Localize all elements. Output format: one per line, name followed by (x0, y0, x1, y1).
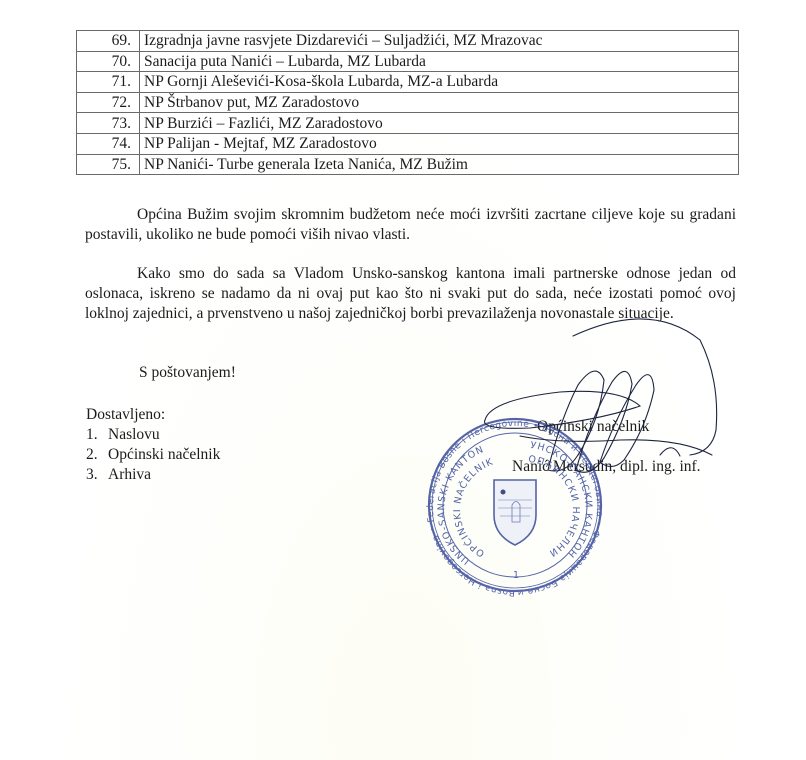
delivered-item-label: Arhiva (108, 466, 151, 483)
paragraph-budget: Općina Bužim svojim skromnim budžetom ne… (85, 205, 736, 245)
table-row: 72.NP Štrbanov put, MZ Zaradostovo (77, 92, 739, 113)
signatory-title: Općinski načelnik (537, 418, 649, 436)
row-project: NP Burzići – Fazlići, MZ Zaradostovo (140, 113, 739, 134)
delivered-to-section: Dostavljeno: 1.Naslovu 2.Općinski načeln… (86, 405, 220, 485)
row-number: 74. (77, 133, 140, 154)
table-row: 73.NP Burzići – Fazlići, MZ Zaradostovo (77, 113, 739, 134)
signatory-name: Nanić Mersudin, dipl. ing. inf. (512, 458, 701, 476)
delivered-item-number: 1. (86, 425, 108, 445)
row-project: NP Palijan - Mejtaf, MZ Zaradostovo (140, 133, 739, 154)
row-project: NP Nanići- Turbe generala Izeta Nanića, … (140, 154, 739, 175)
paragraph-partnership: Kako smo do sada sa Vladom Unsko-sanskog… (85, 264, 736, 324)
delivered-item: 1.Naslovu (86, 425, 220, 445)
delivered-item-number: 2. (86, 445, 108, 465)
delivered-item-label: Naslovu (108, 426, 160, 443)
table-row: 74.NP Palijan - Mejtaf, MZ Zaradostovo (77, 133, 739, 154)
row-project: NP Štrbanov put, MZ Zaradostovo (140, 92, 739, 113)
projects-table: 69.Izgradnja javne rasvjete Dizdarevići … (76, 30, 739, 175)
row-number: 72. (77, 92, 140, 113)
delivered-item-label: Općinski načelnik (108, 446, 220, 463)
row-number: 75. (77, 154, 140, 175)
row-number: 69. (77, 31, 140, 52)
row-number: 73. (77, 113, 140, 134)
table-row: 70.Sanacija puta Nanići – Lubarda, MZ Lu… (77, 51, 739, 72)
row-project: NP Gornji Aleševići-Kosa-škola Lubarda, … (140, 72, 739, 93)
row-number: 70. (77, 51, 140, 72)
row-project: Izgradnja javne rasvjete Dizdarevići – S… (140, 31, 739, 52)
table-row: 69.Izgradnja javne rasvjete Dizdarevići … (77, 31, 739, 52)
row-project: Sanacija puta Nanići – Lubarda, MZ Lubar… (140, 51, 739, 72)
table-row: 75.NP Nanići- Turbe generala Izeta Nanić… (77, 154, 739, 175)
row-number: 71. (77, 72, 140, 93)
table-row: 71.NP Gornji Aleševići-Kosa-škola Lubard… (77, 72, 739, 93)
delivered-list: 1.Naslovu 2.Općinski načelnik 3.Arhiva (86, 425, 220, 485)
delivered-heading: Dostavljeno: (86, 405, 220, 425)
delivered-item: 3.Arhiva (86, 465, 220, 485)
closing-salutation: S poštovanjem! (139, 364, 236, 382)
delivered-item-number: 3. (86, 465, 108, 485)
delivered-item: 2.Općinski načelnik (86, 445, 220, 465)
